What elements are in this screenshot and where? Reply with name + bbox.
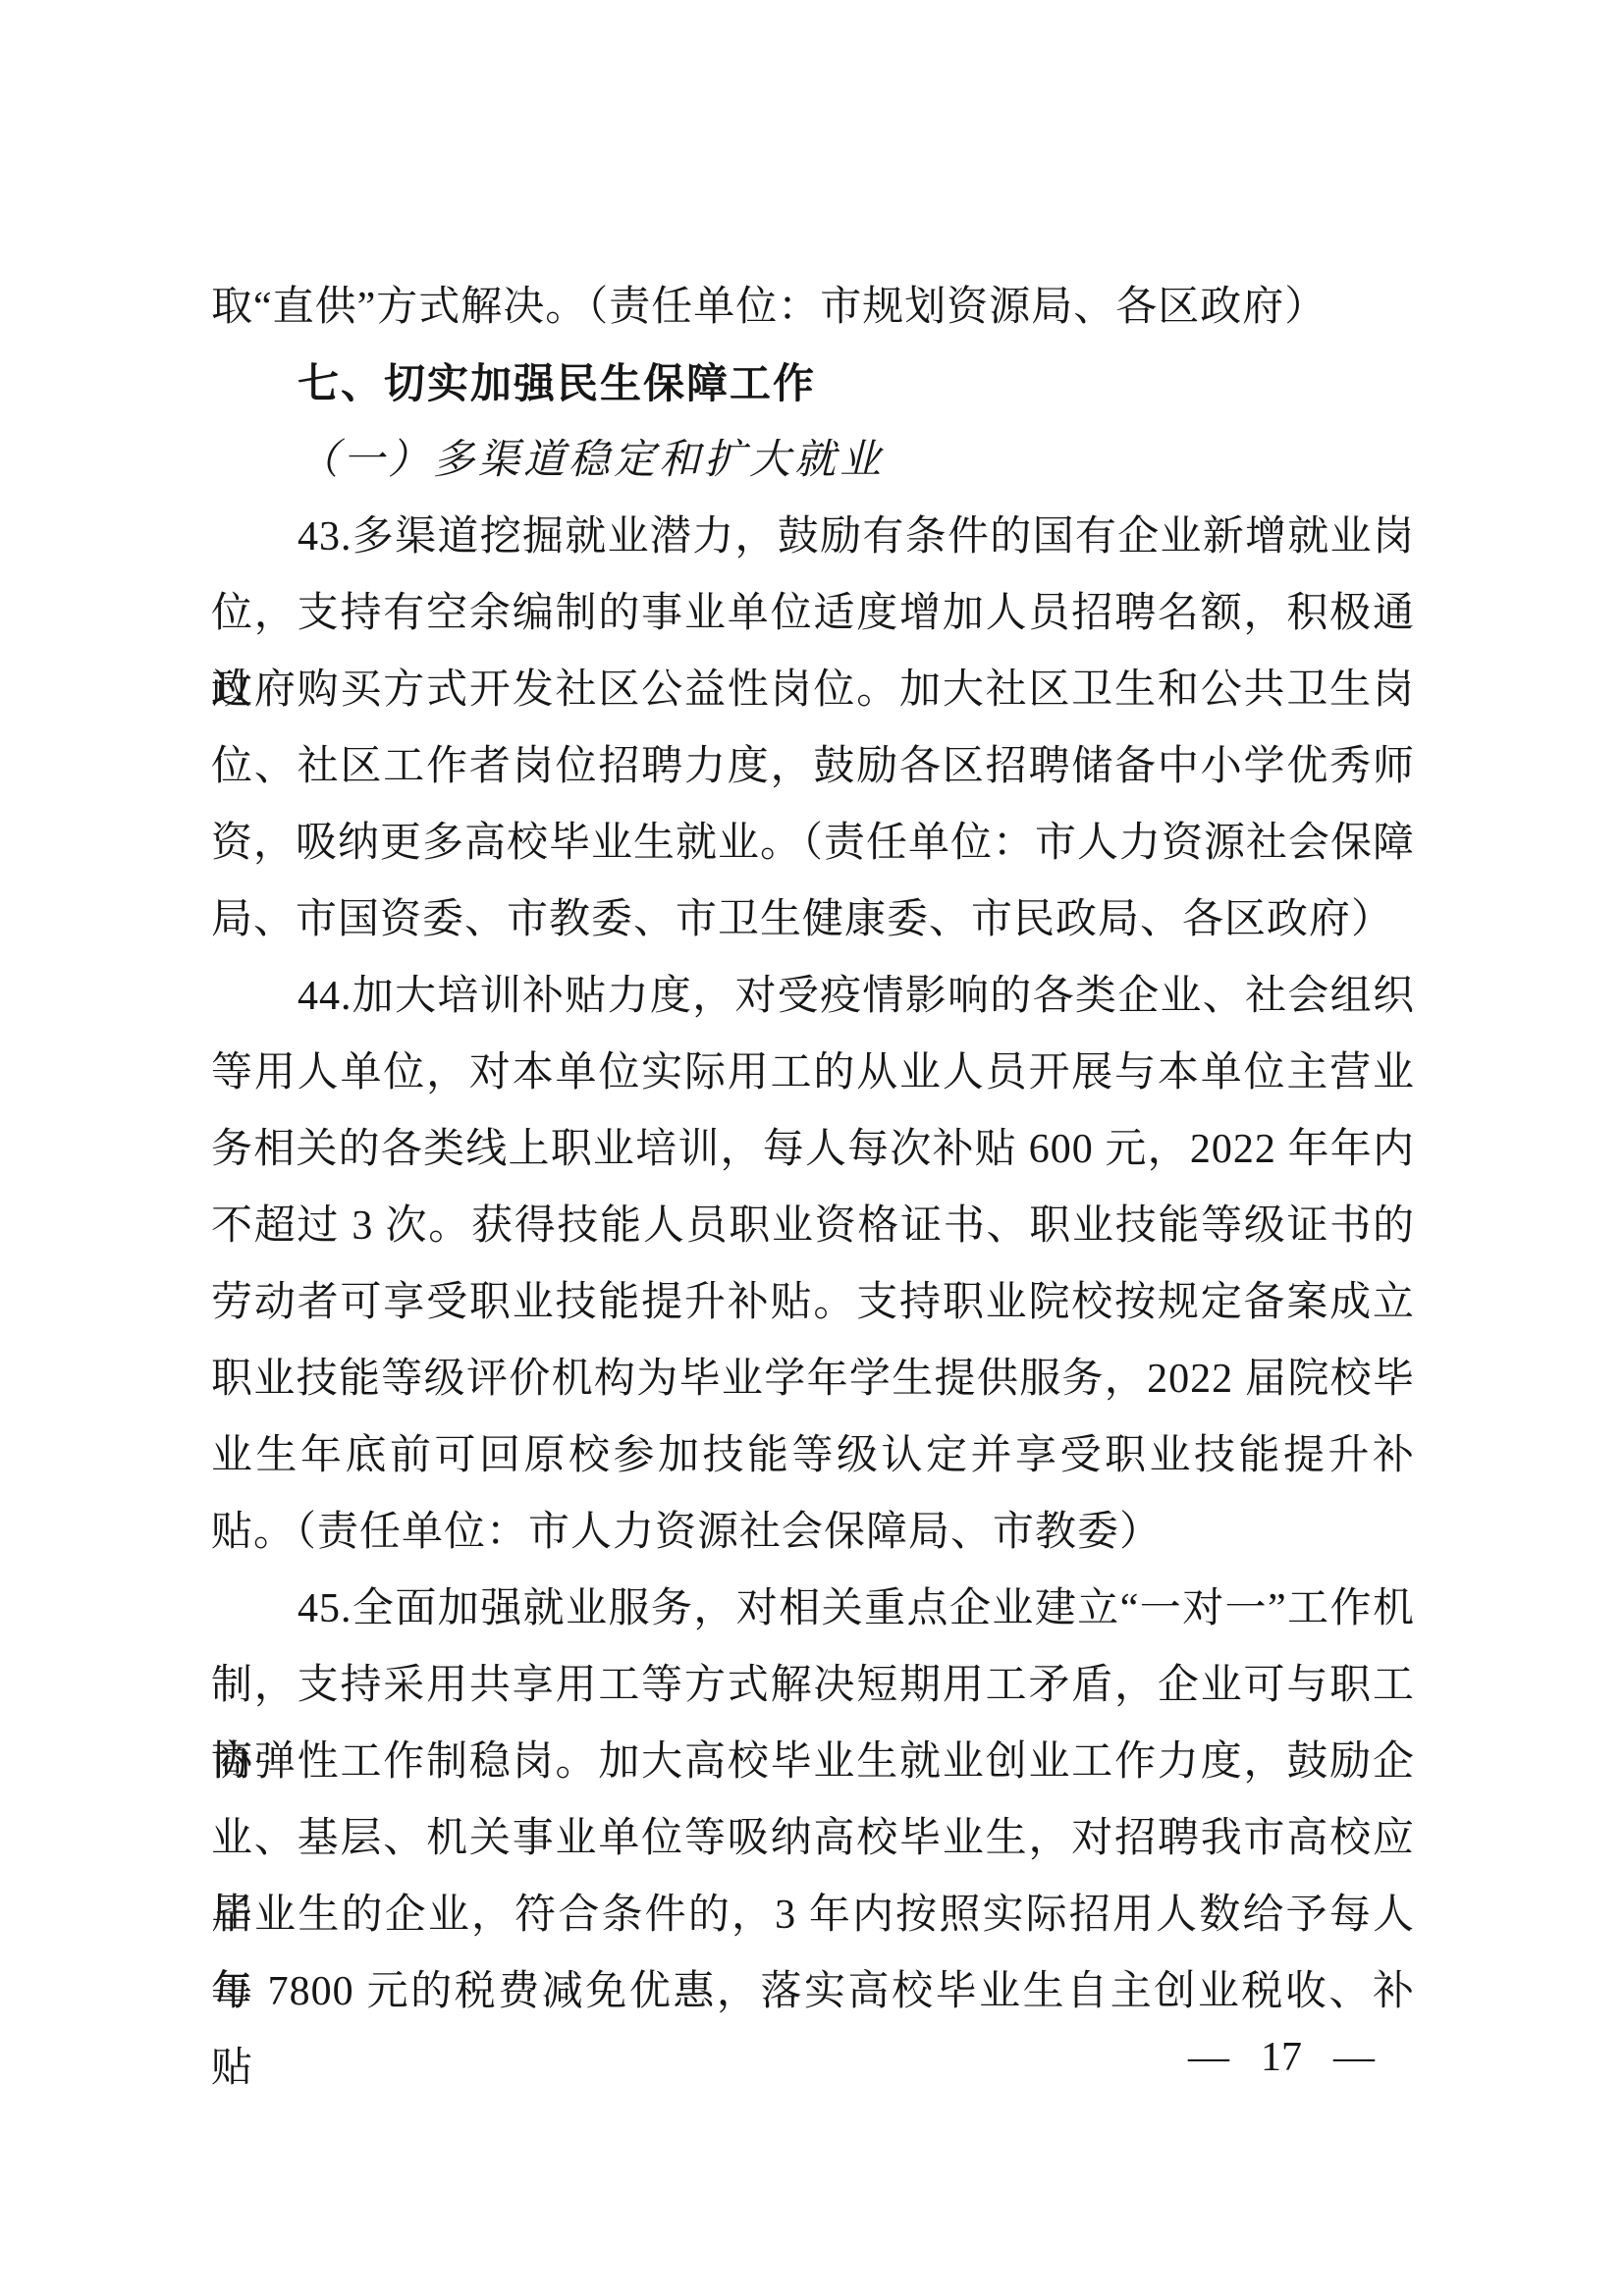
paragraph-line: 等用人单位，对本单位实际用工的从业人员开展与本单位主营业	[211, 1035, 1415, 1111]
subsection-heading: （一）多渠道稳定和扩大就业	[211, 422, 1415, 499]
paragraph-line: 45.全面加强就业服务，对相关重点企业建立“一对一”工作机	[211, 1571, 1415, 1647]
paragraph-line: 资，吸纳更多高校毕业生就业。（责任单位：市人力资源社会保障	[211, 805, 1415, 881]
paragraph-line: 取“直供”方式解决。（责任单位：市规划资源局、各区政府）	[211, 269, 1415, 346]
paragraph-line: 贴。（责任单位：市人力资源社会保障局、市教委）	[211, 1494, 1415, 1571]
text-column: 取“直供”方式解决。（责任单位：市规划资源局、各区政府）七、切实加强民生保障工作…	[211, 269, 1415, 2030]
paragraph-line: 政府购买方式开发社区公益性岗位。加大社区卫生和公共卫生岗	[211, 652, 1415, 728]
paragraph-line: 位，支持有空余编制的事业单位适度增加人员招聘名额，积极通过	[211, 575, 1415, 652]
paragraph-line: 不超过 3 次。获得技能人员职业资格证书、职业技能等级证书的	[211, 1188, 1415, 1264]
paragraph-line: 年 7800 元的税费减免优惠，落实高校毕业生自主创业税收、补贴	[211, 1953, 1415, 2030]
paragraph-line: 制，支持采用共享用工等方式解决短期用工矛盾，企业可与职工协	[211, 1647, 1415, 1724]
footer-dash-right: —	[1333, 2036, 1375, 2079]
paragraph-line: 商弹性工作制稳岗。加大高校毕业生就业创业工作力度，鼓励企	[211, 1724, 1415, 1800]
page-number: 17	[1261, 2036, 1302, 2079]
paragraph-line: 位、社区工作者岗位招聘力度，鼓励各区招聘储备中小学优秀师	[211, 728, 1415, 805]
paragraph-line: 局、市国资委、市教委、市卫生健康委、市民政局、各区政府）	[211, 881, 1415, 958]
paragraph-line: 43.多渠道挖掘就业潜力，鼓励有条件的国有企业新增就业岗	[211, 499, 1415, 575]
paragraph-line: 务相关的各类线上职业培训，每人每次补贴 600 元，2022 年年内	[211, 1111, 1415, 1188]
paragraph-line: 业生年底前可回原校参加技能等级认定并享受职业技能提升补	[211, 1417, 1415, 1494]
paragraph-line: 职业技能等级评价机构为毕业学年学生提供服务，2022 届院校毕	[211, 1341, 1415, 1417]
paragraph-line: 毕业生的企业，符合条件的，3 年内按照实际招用人数给予每人每	[211, 1877, 1415, 1953]
page-footer: — 17 —	[1188, 2036, 1375, 2079]
paragraph-line: 44.加大培训补贴力度，对受疫情影响的各类企业、社会组织	[211, 958, 1415, 1035]
paragraph-line: 业、基层、机关事业单位等吸纳高校毕业生，对招聘我市高校应届	[211, 1800, 1415, 1877]
document-page: 取“直供”方式解决。（责任单位：市规划资源局、各区政府）七、切实加强民生保障工作…	[0, 0, 1624, 2296]
section-heading: 七、切实加强民生保障工作	[211, 346, 1415, 422]
footer-dash-left: —	[1188, 2036, 1229, 2079]
paragraph-line: 劳动者可享受职业技能提升补贴。支持职业院校按规定备案成立	[211, 1264, 1415, 1341]
